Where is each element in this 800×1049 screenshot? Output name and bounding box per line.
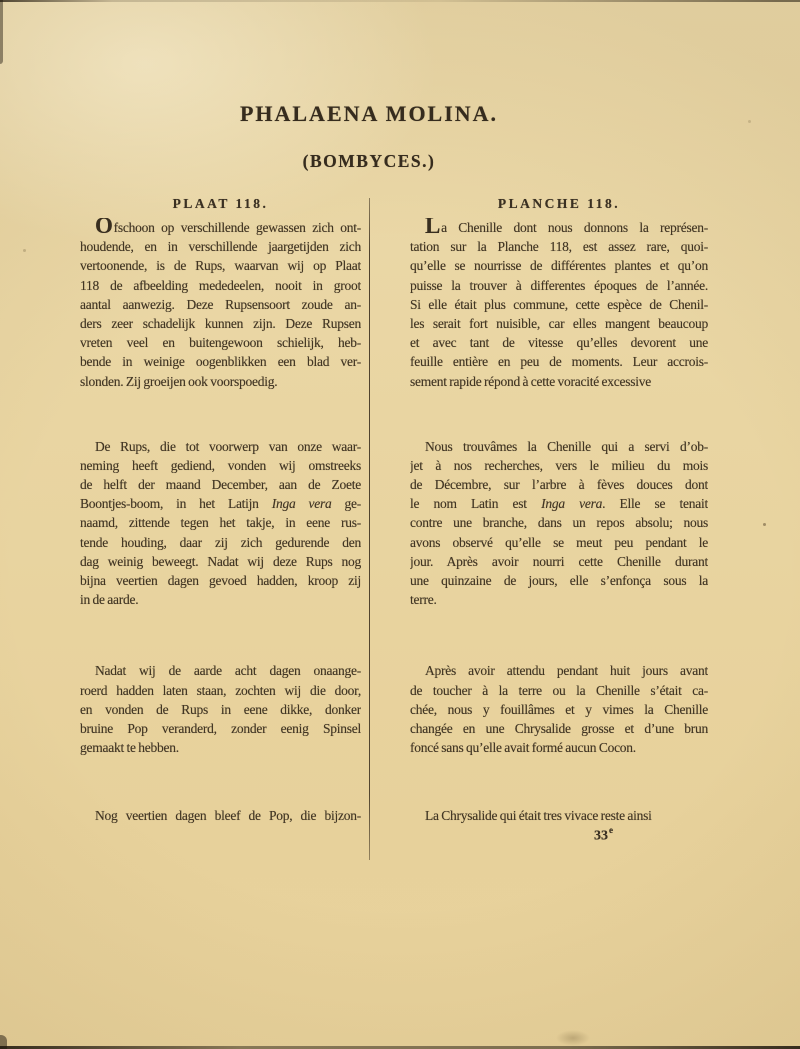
- page-subtitle: (BOMBYCES.): [303, 151, 436, 172]
- scan-edge-top: [0, 0, 800, 2]
- text-line: vreten veel en buitengewoon schielijk, h…: [80, 333, 361, 352]
- signature-number: 33: [594, 829, 608, 844]
- column-right: La Chenille dont nous donnons la représe…: [410, 218, 708, 826]
- text-line: Nous trouvâmes la Chenille qui a servi d…: [410, 437, 708, 456]
- text-line: gemaakt te hebben.: [80, 738, 361, 757]
- left-column-header: PLAAT 118.: [80, 196, 361, 212]
- text-line: in de aarde.: [80, 590, 361, 609]
- text-line: neming heeft gediend, vonden wij omstree…: [80, 456, 361, 475]
- text-line: avons observé qu’elle se meut peu pendan…: [410, 533, 708, 552]
- text-line: en vonden de Rups in eene dikke, donker: [80, 700, 361, 719]
- text-line: une quinzaine de jours, elle s’enfonça s…: [410, 571, 708, 590]
- text-line: bruine Pop veranderd, zonder eenig Spins…: [80, 719, 361, 738]
- text-line: les serait fort nuisible, car elles mang…: [410, 314, 708, 333]
- text-line: chée, nous y fouillâmes et y vimes la Ch…: [410, 700, 708, 719]
- text-line: jour. Après avoir nourri cette Chenille …: [410, 552, 708, 571]
- text-line: Boontjes-boom, in het Latijn Inga vera g…: [80, 494, 361, 513]
- paragraph: Nog veertien dagen bleef de Pop, die bij…: [80, 806, 361, 825]
- ink-speck: [23, 249, 26, 252]
- column-left: Ofschoon op verschillende gewassen zich …: [80, 218, 361, 826]
- text-line: 118 de afbeelding mededeelen, nooit in g…: [80, 276, 361, 295]
- text-line: feuille entière en peu de moments. Leur …: [410, 352, 708, 371]
- ink-speck: [763, 523, 766, 526]
- book-page: PHALAENA MOLINA. (BOMBYCES.) PLAAT 118. …: [0, 0, 800, 1049]
- text-line: dag weinig beweegt. Nadat wij deze Rups …: [80, 552, 361, 571]
- initial-capital: L: [425, 218, 440, 237]
- sheet-signature-mark: 33e: [594, 826, 612, 845]
- text-line: qu’elle se nourrisse de différentes plan…: [410, 256, 708, 275]
- text-line: puisse la trouver à differentes époques …: [410, 276, 708, 295]
- text-line: Après avoir attendu pendant huit jours a…: [410, 661, 708, 680]
- paragraph: Nadat wij de aarde acht dagen onaange-ro…: [80, 661, 361, 757]
- latin-species-name: Inga vera: [541, 496, 602, 511]
- page-title: PHALAENA MOLINA.: [240, 101, 498, 127]
- text-line: Ofschoon op verschillende gewassen zich …: [80, 218, 361, 237]
- text-line: changée en une Chrysalide grosse et d’un…: [410, 719, 708, 738]
- signature-suffix: e: [609, 825, 613, 835]
- text-line: sement rapide répond à cette voracité ex…: [410, 372, 708, 391]
- text-line: Nadat wij de aarde acht dagen onaange-: [80, 661, 361, 680]
- scan-smudge: [556, 1030, 590, 1046]
- initial-capital: O: [95, 218, 113, 237]
- text-line: tation sur la Planche 118, est assez rar…: [410, 237, 708, 256]
- text-line: roerd hadden laten staan, zochten wij di…: [80, 681, 361, 700]
- ink-speck: [748, 120, 751, 123]
- right-column-header: PLANCHE 118.: [410, 196, 708, 212]
- text-line: de toucher à la terre ou la Chenille s’é…: [410, 681, 708, 700]
- text-line: bijna veertien dagen gevoed hadden, kroo…: [80, 571, 361, 590]
- text-line: vertoonende, is de Rups, waarvan wij op …: [80, 256, 361, 275]
- text-line: De Rups, die tot voorwerp van onze waar-: [80, 437, 361, 456]
- paragraph: La Chenille dont nous donnons la représe…: [410, 218, 708, 391]
- text-line: Nog veertien dagen bleef de Pop, die bij…: [80, 806, 361, 825]
- text-line: aantal aanwezig. Deze Rupsensoort zoude …: [80, 295, 361, 314]
- text-line: le nom Latin est Inga vera. Elle se tena…: [410, 494, 708, 513]
- paragraph: Nous trouvâmes la Chenille qui a servi d…: [410, 437, 708, 610]
- text-line: naamd, zittende tegen het takje, in eene…: [80, 513, 361, 532]
- text-line: houdende, en in verschillende jaargetijd…: [80, 237, 361, 256]
- paragraph: De Rups, die tot voorwerp van onze waar-…: [80, 437, 361, 610]
- text-line: de Décembre, sur l’arbre à fèves douces …: [410, 475, 708, 494]
- text-line: terre.: [410, 590, 708, 609]
- column-divider-rule: [369, 198, 370, 860]
- text-line: foncé sans qu’elle avait formé aucun Coc…: [410, 738, 708, 757]
- text-line: et avec tant de vitesse qu’elles devoren…: [410, 333, 708, 352]
- paragraph: La Chrysalide qui était tres vivace rest…: [410, 806, 708, 825]
- paragraph: Ofschoon op verschillende gewassen zich …: [80, 218, 361, 391]
- text-line: de helft der maand December, aan de Zoet…: [80, 475, 361, 494]
- paragraph: Après avoir attendu pendant huit jours a…: [410, 661, 708, 757]
- latin-species-name: Inga vera: [272, 496, 332, 511]
- text-line: contre une branche, dans un repos absolu…: [410, 513, 708, 532]
- text-line: tende houding, daar zij zich gedurende d…: [80, 533, 361, 552]
- text-line: jet à nos recherches, vers le milieu du …: [410, 456, 708, 475]
- text-line: bende in weinige oogenblikken een blad v…: [80, 352, 361, 371]
- text-line: slonden. Zij groeijen ook voorspoedig.: [80, 372, 361, 391]
- text-line: Si elle était plus commune, cette espèce…: [410, 295, 708, 314]
- scan-corner-mark: [0, 1035, 7, 1049]
- text-line: ders zeer schadelijk kunnen zijn. Deze R…: [80, 314, 361, 333]
- scan-edge-left: [0, 0, 3, 64]
- text-line: La Chenille dont nous donnons la représe…: [410, 218, 708, 237]
- text-line: La Chrysalide qui était tres vivace rest…: [410, 806, 708, 825]
